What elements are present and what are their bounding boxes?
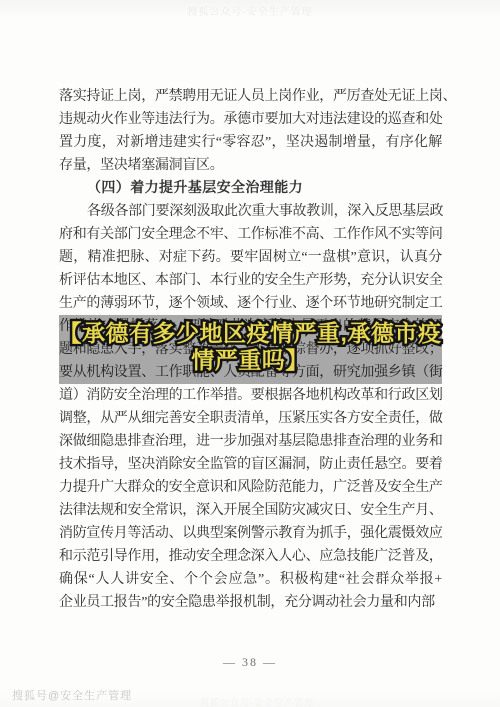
body-line: 违规动火作业等违法行为。承德市要加大对违法建设的巡查和处 bbox=[59, 108, 442, 131]
body-line: 题，精准把脉、对症下药。要牢固树立“一盘棋”意识，认真分 bbox=[59, 246, 442, 269]
body-line: 法律法规和安全常识，深入开展全国防灾减灾日、安全生产月、 bbox=[59, 499, 442, 522]
body-line: 和示范引导作用，推动安全理念深入人心、应急技能广泛普及， bbox=[59, 545, 442, 568]
page-number: — 38 — bbox=[0, 655, 500, 670]
watermark-bottom-center: 搜狐公众号·安全生产管理 bbox=[200, 696, 314, 707]
body-line: 存量，坚决堵塞漏洞盲区。 bbox=[59, 154, 442, 177]
body-line: 析评估本地区、本部门、本行业的安全生产形势，充分认识安全 bbox=[59, 269, 442, 292]
document-page: 搜狐公众号·安全生产管理 落实持证上岗，严禁聘用无证人员上岗作业，严厉查处无证上… bbox=[0, 0, 500, 707]
body-line: 调整，从严从细完善安全职责清单，压紧压实各方安全责任，做 bbox=[59, 407, 442, 430]
headline-line-1: 【承德有多少地区疫情严重,承德市疫 bbox=[0, 320, 500, 347]
watermark-top: 搜狐公众号·安全生产管理 bbox=[0, 3, 500, 18]
body-line: 各级各部门要深刻汲取此次重大事故教训，深入反思基层政 bbox=[59, 200, 442, 223]
body-line: 技术指导，坚决消除安全监管的盲区漏洞，防止责任悬空。要着 bbox=[59, 453, 442, 476]
body-line: 落实持证上岗，严禁聘用无证人员上岗作业，严厉查处无证上岗、 bbox=[59, 85, 442, 108]
body-line: 道）消防安全治理的工作举措。要根据各地机构改革和行政区划 bbox=[59, 384, 442, 407]
watermark-bottom-left: 搜狐号@安全生产管理 bbox=[12, 687, 132, 703]
body-line: 消防宣传月等活动、以典型案例警示教育为抓手，强化震慑效应 bbox=[59, 522, 442, 545]
body-line: 企业员工报告”的安全隐患举报机制，充分调动社会力量和内部 bbox=[59, 591, 442, 614]
section-heading: （四）着力提升基层安全治理能力 bbox=[59, 177, 442, 200]
body-line: 置力度，对新增违建实行“零容忍”，坚决遏制增量，有序化解 bbox=[59, 131, 442, 154]
body-line: 府和有关部门安全理念不牢、工作标准不高、工作作风不实等问 bbox=[59, 223, 442, 246]
headline-line-2: 情严重吗】 bbox=[0, 347, 500, 374]
body-line: 生产的薄弱环节，逐个领域、逐个行业、逐个环节地研究制定工 bbox=[59, 292, 442, 315]
body-line: 确保“人人讲安全、个个会应急”。积极构建“社会群众举报+ bbox=[59, 568, 442, 591]
body-line: 力提升广大群众的安全意识和风险防范能力，广泛普及安全生产 bbox=[59, 476, 442, 499]
headline-overlay: 【承德有多少地区疫情严重,承德市疫 情严重吗】 bbox=[0, 320, 500, 374]
body-line: 深做细隐患排查治理，进一步加强对基层隐患排查治理的业务和 bbox=[59, 430, 442, 453]
